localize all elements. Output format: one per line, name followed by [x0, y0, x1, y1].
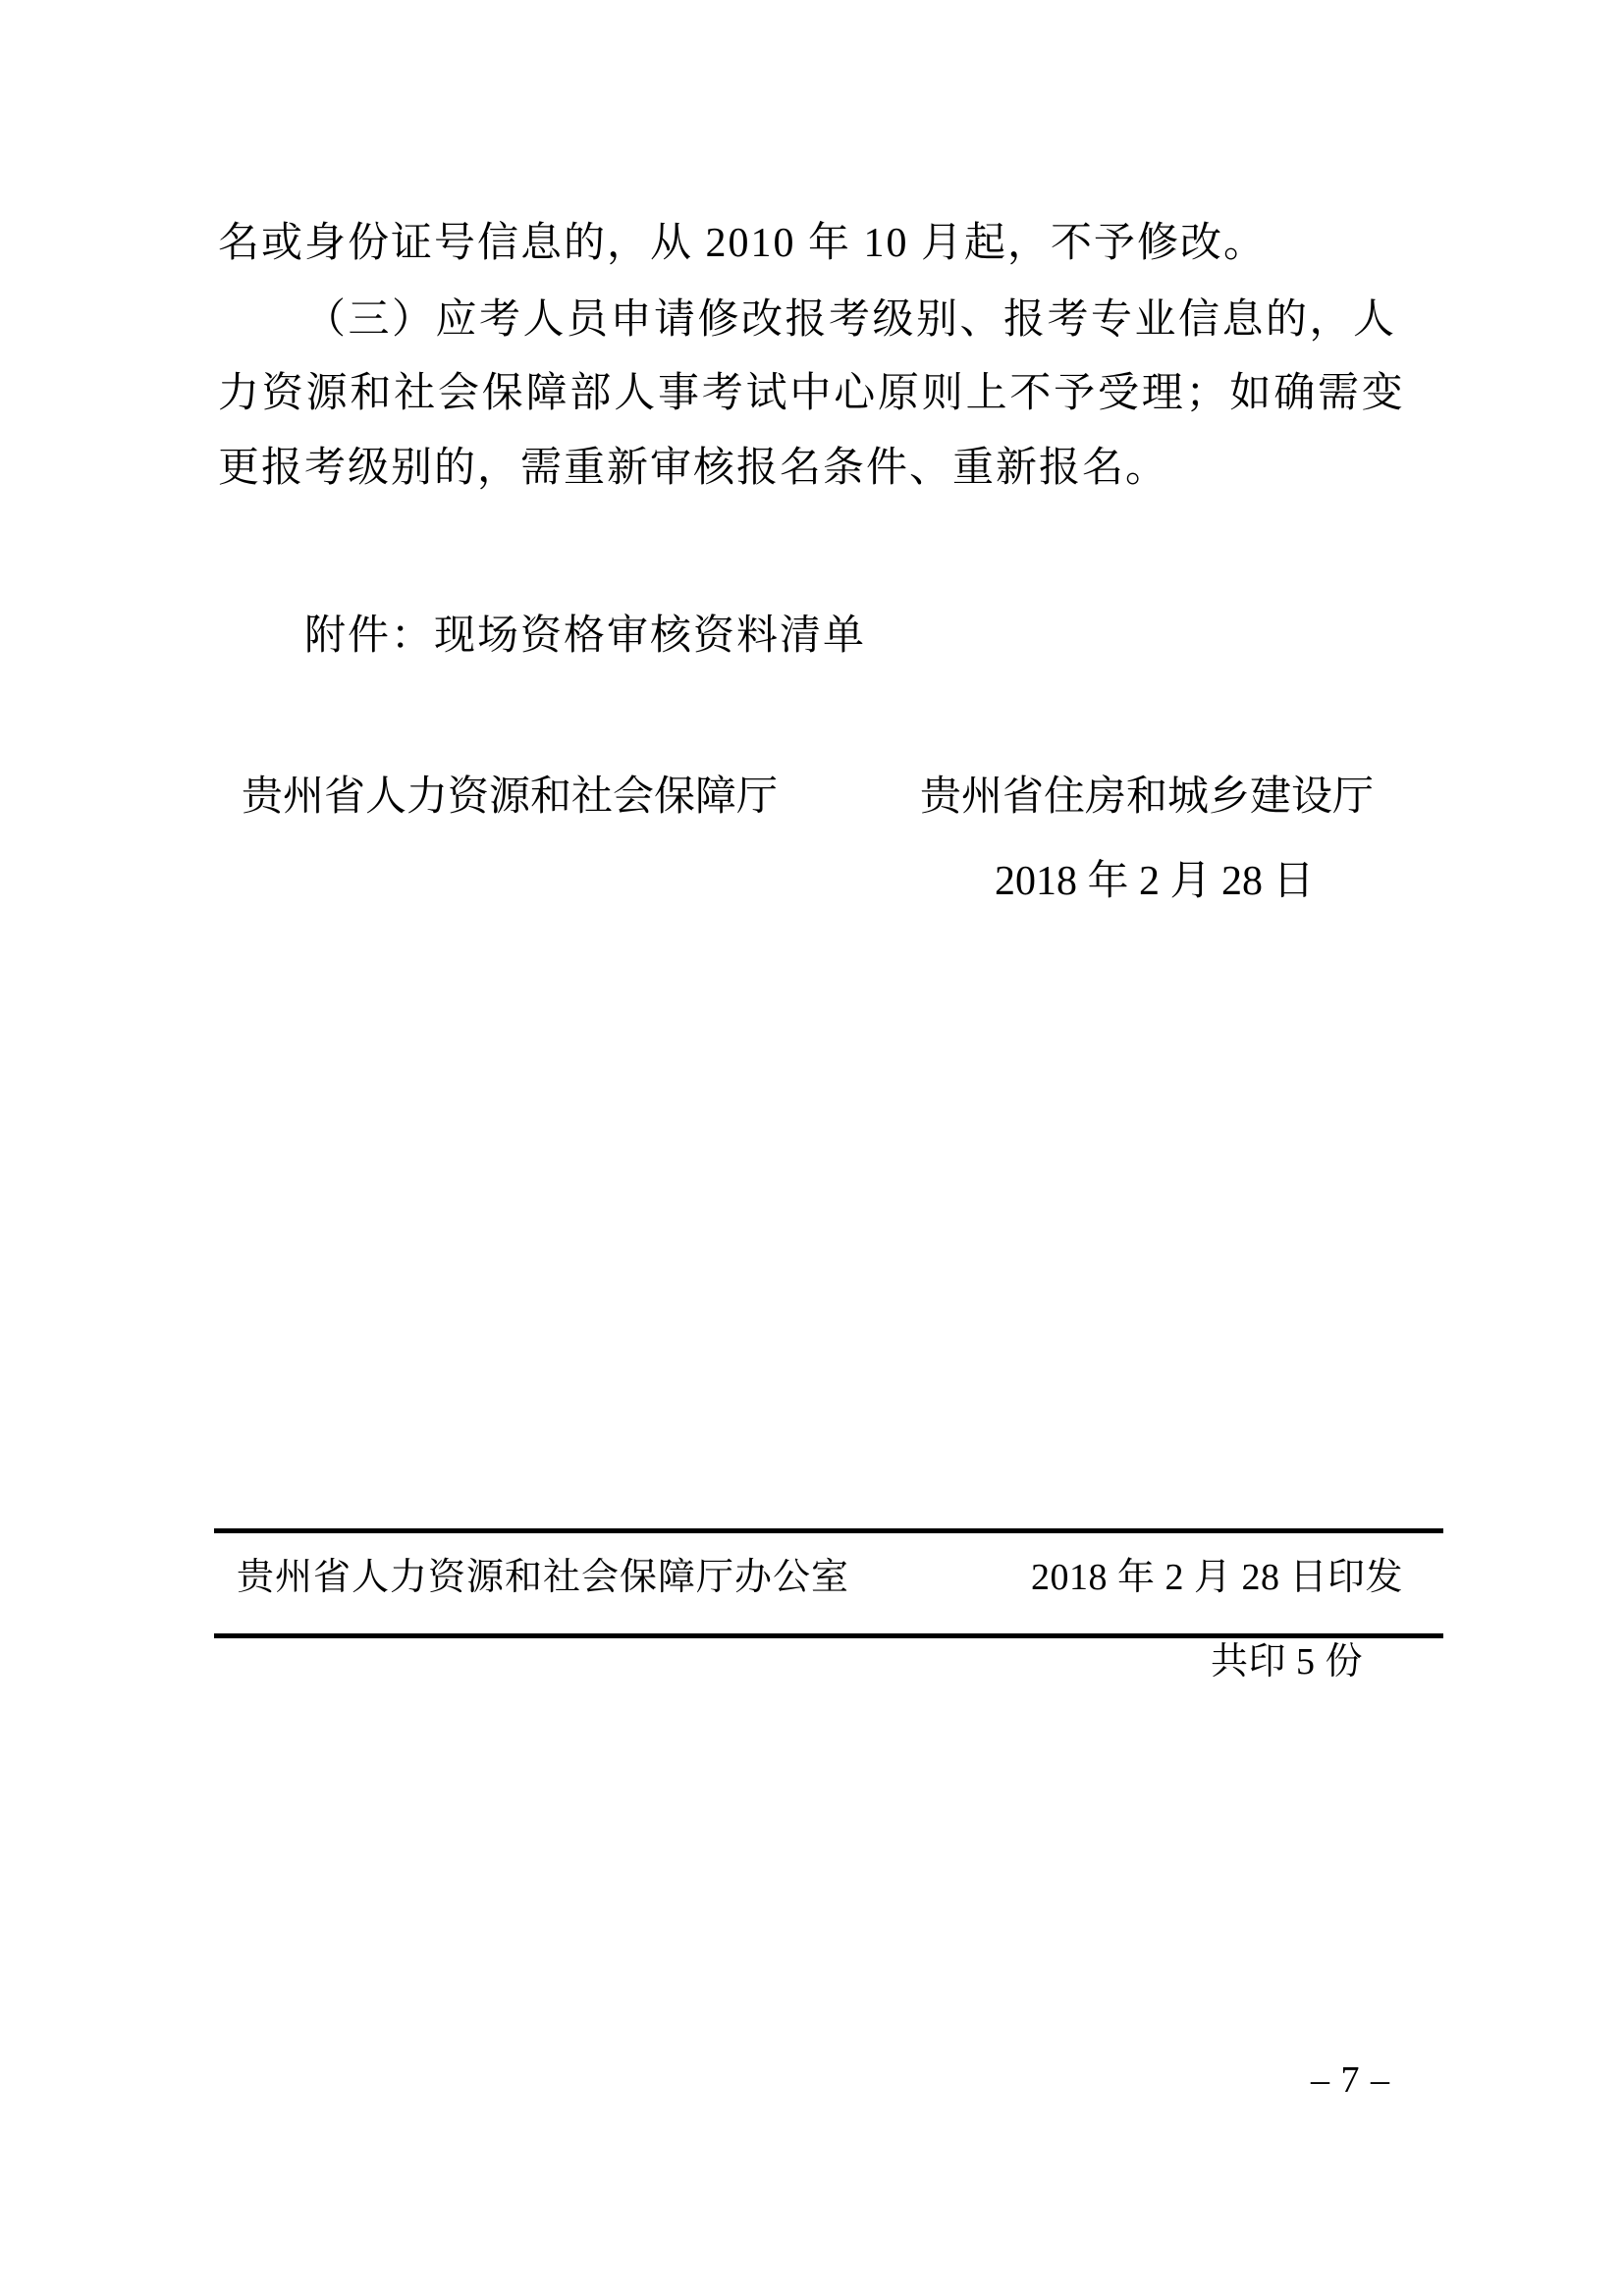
document-date: 2018 年 2 月 28 日 [995, 861, 1315, 902]
body-paragraph-line-4: 更报考级别的，需重新审核报名条件、重新报名。 [218, 448, 1168, 489]
body-paragraph-line-2: （三）应考人员申请修改报考级别、报考专业信息的，人 [218, 299, 1397, 341]
footer-rule-bottom [214, 1633, 1443, 1638]
footer-copies-count: 共印 5 份 [1211, 1643, 1363, 1681]
attachment-line: 附件：现场资格审核资料清单 [304, 615, 866, 657]
body-paragraph-line-3: 力资源和社会保障部人事考试中心原则上不予受理；如确需变 [218, 373, 1406, 414]
footer-issuing-office: 贵州省人力资源和社会保障厅办公室 [237, 1559, 849, 1596]
document-page: 名或身份证号信息的，从 2010 年 10 月起，不予修改。 （三）应考人员申请… [0, 0, 1624, 2296]
body-paragraph-line-1: 名或身份证号信息的，从 2010 年 10 月起，不予修改。 [218, 223, 1267, 264]
footer-rule-top [214, 1528, 1443, 1533]
signature-org-left: 贵州省人力资源和社会保障厅 [242, 776, 778, 818]
page-number: – 7 – [1311, 2061, 1390, 2099]
footer-print-date: 2018 年 2 月 28 日印发 [1031, 1559, 1403, 1596]
signature-org-right: 贵州省住房和城乡建设厅 [920, 776, 1374, 818]
